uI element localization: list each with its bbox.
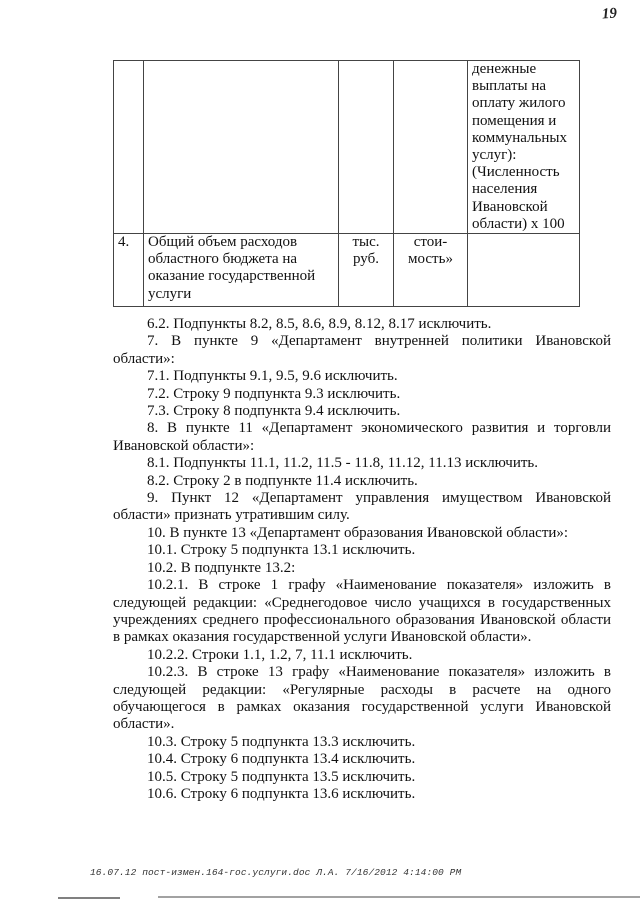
paragraph: 8.1. Подпункты 11.1, 11.2, 11.5 - 11.8, … [113, 455, 611, 472]
paragraph: 10.4. Строку 6 подпункта 13.4 исключить. [113, 751, 611, 768]
paragraph: 10.5. Строку 5 подпункта 13.5 исключить. [113, 769, 611, 786]
cell-formula [468, 234, 580, 307]
paragraph: 9. Пункт 12 «Департамент управления имущ… [113, 490, 611, 525]
cell-formula: денежные выплаты на оплату жилого помеще… [468, 61, 580, 234]
scan-artifact [158, 896, 640, 898]
cell-num [114, 61, 144, 234]
paragraph: 10. В пункте 13 «Департамент образования… [113, 525, 611, 542]
paragraph: 7. В пункте 9 «Департамент внутренней по… [113, 333, 611, 368]
paragraph: 6.2. Подпункты 8.2, 8.5, 8.6, 8.9, 8.12,… [113, 316, 611, 333]
cell-name [144, 61, 339, 234]
paragraph: 10.6. Строку 6 подпункта 13.6 исключить. [113, 786, 611, 803]
table-row: 4. Общий объем расходов областного бюдже… [114, 234, 580, 307]
paragraph: 10.2. В подпункте 13.2: [113, 560, 611, 577]
document-footer: 16.07.12 пост-измен.164-гос.услуги.doc Л… [90, 867, 461, 878]
paragraph: 7.3. Строку 8 подпункта 9.4 исключить. [113, 403, 611, 420]
paragraph: 7.2. Строку 9 подпункта 9.3 исключить. [113, 386, 611, 403]
cell-unit [339, 61, 394, 234]
paragraph: 10.2.1. В строке 1 графу «Наименование п… [113, 577, 611, 647]
cell-method: стои-мость» [394, 234, 468, 307]
cell-num: 4. [114, 234, 144, 307]
paragraph: 10.3. Строку 5 подпункта 13.3 исключить. [113, 734, 611, 751]
scan-artifact [58, 897, 120, 899]
cell-method [394, 61, 468, 234]
cell-name: Общий объем расходов областного бюджета … [144, 234, 339, 307]
indicator-table: денежные выплаты на оплату жилого помеще… [113, 60, 580, 307]
paragraph: 10.2.2. Строки 1.1, 1.2, 7, 11.1 исключи… [113, 647, 611, 664]
paragraph: 8. В пункте 11 «Департамент экономическо… [113, 420, 611, 455]
paragraph: 10.1. Строку 5 подпункта 13.1 исключить. [113, 542, 611, 559]
page-number: 19 [601, 5, 617, 23]
paragraph: 8.2. Строку 2 в подпункте 11.4 исключить… [113, 473, 611, 490]
paragraph: 10.2.3. В строке 13 графу «Наименование … [113, 664, 611, 734]
paragraph: 7.1. Подпункты 9.1, 9.5, 9.6 исключить. [113, 368, 611, 385]
table-row: денежные выплаты на оплату жилого помеще… [114, 61, 580, 234]
cell-unit: тыс. руб. [339, 234, 394, 307]
document-body: 6.2. Подпункты 8.2, 8.5, 8.6, 8.9, 8.12,… [113, 316, 611, 803]
